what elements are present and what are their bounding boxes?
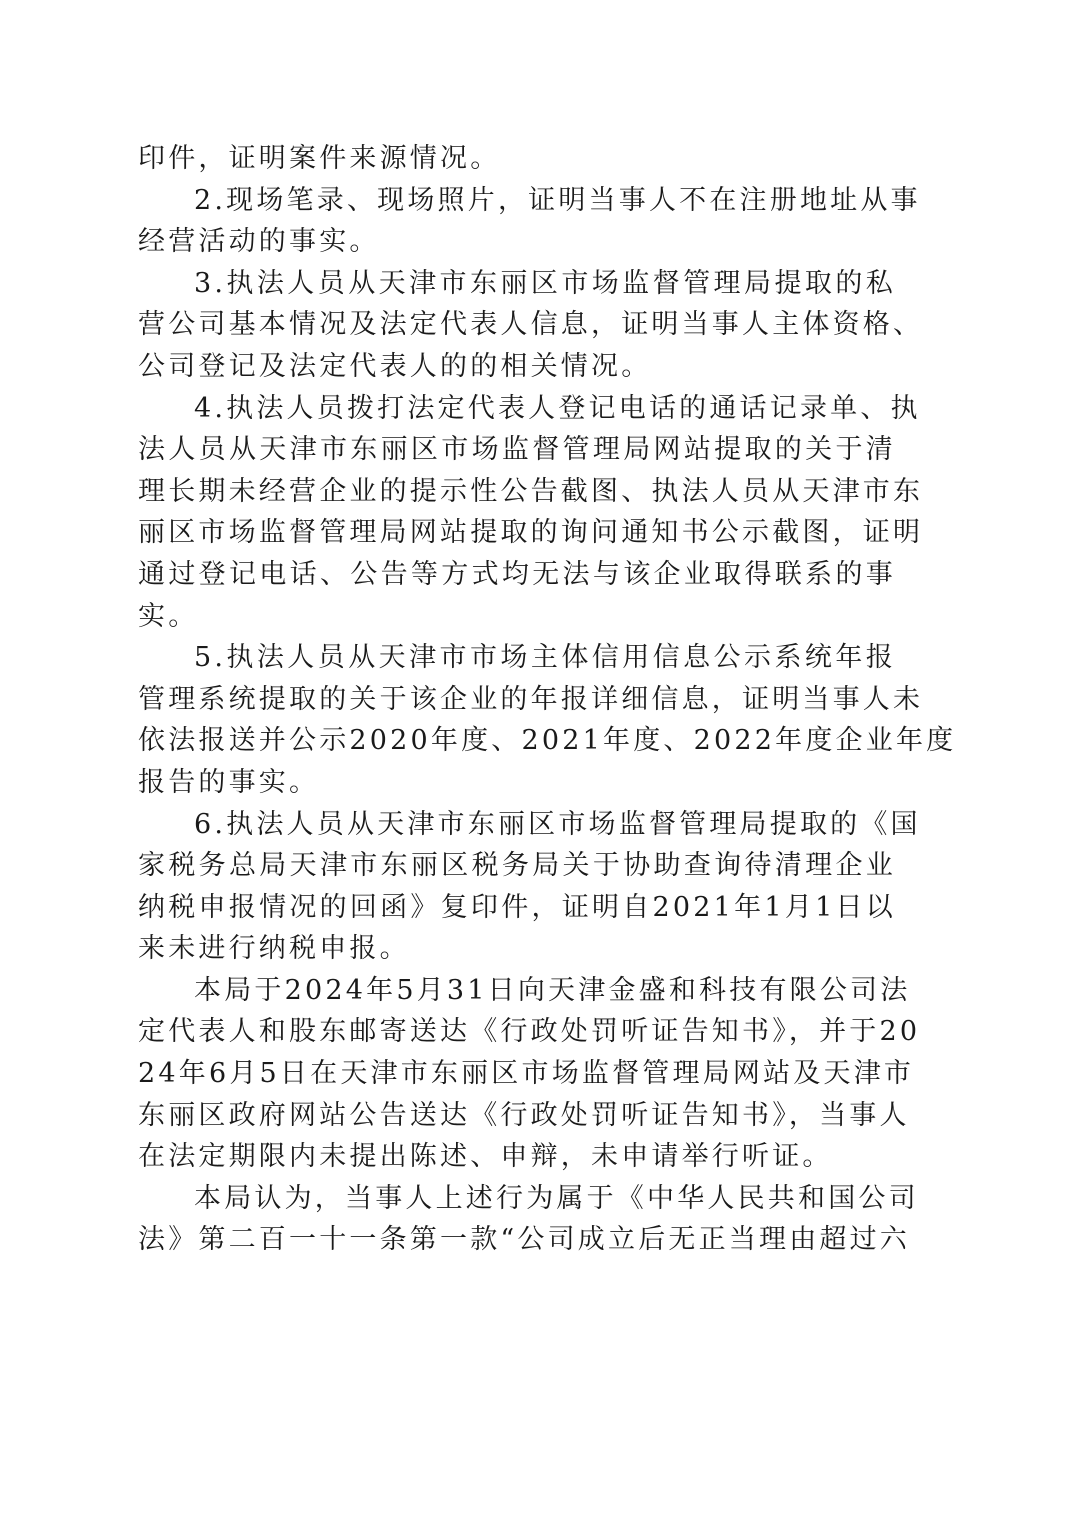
- text-line: 4.执法人员拨打法定代表人登记电话的通话记录单、执: [138, 388, 896, 430]
- text-line: 东丽区政府网站公告送达《行政处罚听证告知书》，当事人: [138, 1095, 896, 1137]
- text-line: 法人员从天津市东丽区市场监督管理局网站提取的关于清: [138, 429, 896, 471]
- text-line: 通过登记电话、公告等方式均无法与该企业取得联系的事: [138, 554, 896, 596]
- paragraph-item5: 5.执法人员从天津市市场主体信用信息公示系统年报 管理系统提取的关于该企业的年报…: [138, 637, 896, 803]
- paragraph-item3: 3.执法人员从天津市东丽区市场监督管理局提取的私 营公司基本情况及法定代表人信息…: [138, 263, 896, 388]
- text-line: 定代表人和股东邮寄送达《行政处罚听证告知书》，并于20: [138, 1011, 896, 1053]
- text-line: 公司登记及法定代表人的的相关情况。: [138, 346, 896, 388]
- paragraph-item2: 2.现场笔录、现场照片，证明当事人不在注册地址从事 经营活动的事实。: [138, 180, 896, 263]
- text-line: 24年6月5日在天津市东丽区市场监督管理局网站及天津市: [138, 1053, 896, 1095]
- text-line: 营公司基本情况及法定代表人信息，证明当事人主体资格、: [138, 304, 896, 346]
- text-line: 实。: [138, 596, 896, 638]
- text-line: 纳税申报情况的回函》复印件，证明自2021年1月1日以: [138, 887, 896, 929]
- document-page: 印件，证明案件来源情况。 2.现场笔录、现场照片，证明当事人不在注册地址从事 经…: [0, 0, 1075, 1513]
- paragraph-item1-tail: 印件，证明案件来源情况。: [138, 138, 896, 180]
- text-line: 丽区市场监督管理局网站提取的询问通知书公示截图，证明: [138, 512, 896, 554]
- text-line: 经营活动的事实。: [138, 221, 896, 263]
- text-line: 6.执法人员从天津市东丽区市场监督管理局提取的《国: [138, 804, 896, 846]
- text-line: 在法定期限内未提出陈述、申辩，未申请举行听证。: [138, 1136, 896, 1178]
- document-body: 印件，证明案件来源情况。 2.现场笔录、现场照片，证明当事人不在注册地址从事 经…: [138, 138, 896, 1261]
- text-line: 家税务总局天津市东丽区税务局关于协助查询待清理企业: [138, 845, 896, 887]
- paragraph-bureau-finding: 本局认为，当事人上述行为属于《中华人民共和国公司 法》第二百一十一条第一款“公司…: [138, 1178, 896, 1261]
- text-line: 5.执法人员从天津市市场主体信用信息公示系统年报: [138, 637, 896, 679]
- text-line: 理长期未经营企业的提示性公告截图、执法人员从天津市东: [138, 471, 896, 513]
- paragraph-item4: 4.执法人员拨打法定代表人登记电话的通话记录单、执 法人员从天津市东丽区市场监督…: [138, 388, 896, 638]
- paragraph-hearing-notice: 本局于2024年5月31日向天津金盛和科技有限公司法 定代表人和股东邮寄送达《行…: [138, 970, 896, 1178]
- text-line: 管理系统提取的关于该企业的年报详细信息，证明当事人未: [138, 679, 896, 721]
- text-line: 来未进行纳税申报。: [138, 928, 896, 970]
- text-line: 依法报送并公示2020年度、2021年度、2022年度企业年度: [138, 720, 896, 762]
- paragraph-item6: 6.执法人员从天津市东丽区市场监督管理局提取的《国 家税务总局天津市东丽区税务局…: [138, 804, 896, 970]
- text-line: 法》第二百一十一条第一款“公司成立后无正当理由超过六: [138, 1219, 896, 1261]
- text-line: 报告的事实。: [138, 762, 896, 804]
- text-line: 本局认为，当事人上述行为属于《中华人民共和国公司: [138, 1178, 896, 1220]
- text-line: 本局于2024年5月31日向天津金盛和科技有限公司法: [138, 970, 896, 1012]
- text-line: 印件，证明案件来源情况。: [138, 138, 896, 180]
- text-line: 2.现场笔录、现场照片，证明当事人不在注册地址从事: [138, 180, 896, 222]
- text-line: 3.执法人员从天津市东丽区市场监督管理局提取的私: [138, 263, 896, 305]
